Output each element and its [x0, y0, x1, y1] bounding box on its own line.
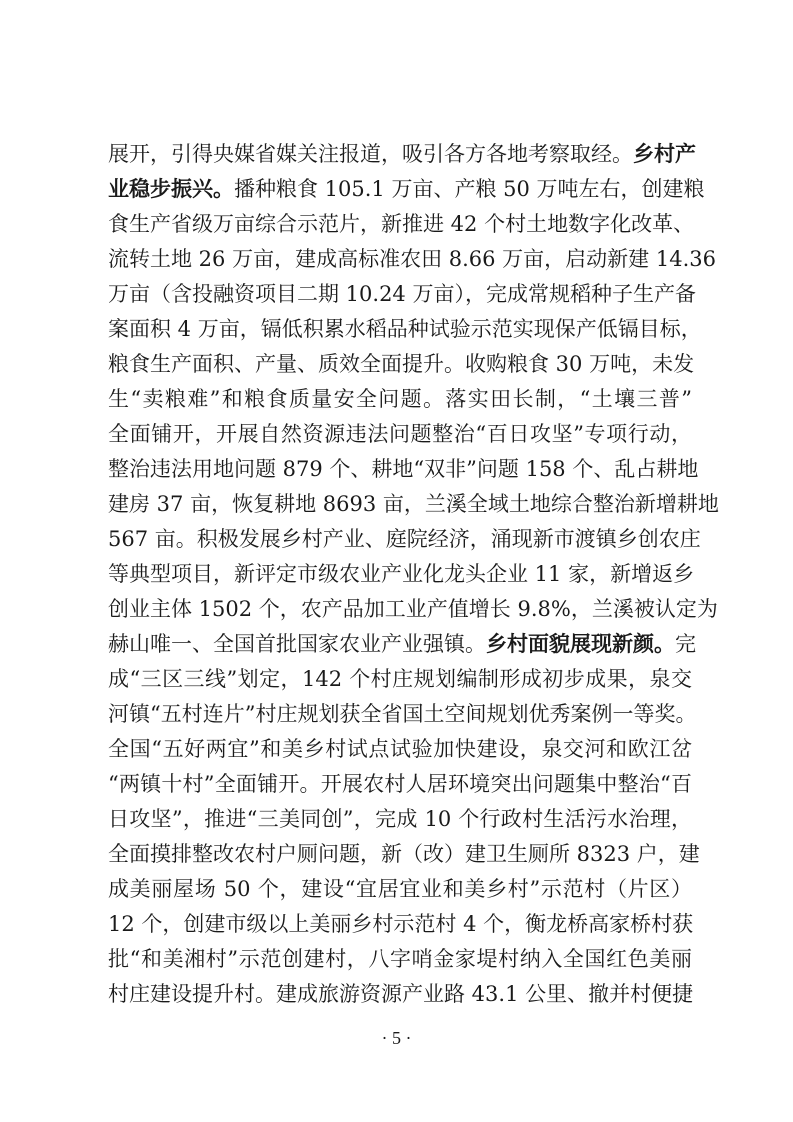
- text-line: 创业主体 1502 个，农产品加工业产值增长 9.8%，兰溪被认定为: [108, 592, 692, 627]
- text-line: 567 亩。积极发展乡村产业、庭院经济，涌现新市渡镇乡创农庄: [108, 522, 692, 557]
- document-page: 展开，引得央媒省媒关注报道，吸引各方各地考察取经。乡村产业稳步振兴。播种粮食 1…: [0, 0, 793, 1122]
- section-heading: 业稳步振兴。: [108, 177, 234, 201]
- text-line: 生“卖粮难”和粮食质量安全问题。落实田长制，“土壤三普”: [108, 382, 692, 417]
- page-number: · 5 ·: [0, 1028, 793, 1049]
- body-text-span: 全面摸排整改农村户厕问题，新（改）建卫生厕所 8323 户，建: [108, 842, 700, 866]
- text-line: 建房 37 亩，恢复耕地 8693 亩，兰溪全域土地综合整治新增耕地: [108, 487, 692, 522]
- body-text-span: 567 亩。积极发展乡村产业、庭院经济，涌现新市渡镇乡创农庄: [108, 527, 701, 551]
- text-line: 成美丽屋场 50 个，建设“宜居宜业和美乡村”示范村（片区）: [108, 872, 692, 907]
- text-line: 流转土地 26 万亩，建成高标准农田 8.66 万亩，启动新建 14.36: [108, 242, 692, 277]
- text-line: 食生产省级万亩综合示范片，新推进 42 个村土地数字化改革、: [108, 207, 692, 242]
- section-heading: 乡村面貌展现新颜。: [486, 632, 675, 656]
- body-text-span: 案面积 4 万亩，镉低积累水稻品种试验示范实现保产低镉目标，: [108, 317, 702, 341]
- body-text-span: 创业主体 1502 个，农产品加工业产值增长 9.8%，兰溪被认定为: [108, 597, 718, 621]
- text-line: 粮食生产面积、产量、质效全面提升。收购粮食 30 万吨，未发: [108, 347, 692, 382]
- body-paragraph: 展开，引得央媒省媒关注报道，吸引各方各地考察取经。乡村产业稳步振兴。播种粮食 1…: [108, 137, 692, 1012]
- body-text-span: 全国“五好两宜”和美乡村试点试验加快建设，泉交河和欧江岔: [108, 737, 692, 761]
- text-line: 成“三区三线”划定，142 个村庄规划编制形成初步成果，泉交: [108, 662, 692, 697]
- text-line: 全面摸排整改农村户厕问题，新（改）建卫生厕所 8323 户，建: [108, 837, 692, 872]
- text-line: 河镇“五村连片”村庄规划获全省国土空间规划优秀案例一等奖。: [108, 697, 692, 732]
- section-heading: 乡村产: [633, 142, 696, 166]
- text-line: 全面铺开，开展自然资源违法问题整治“百日攻坚”专项行动，: [108, 417, 692, 452]
- text-line: 批“和美湘村”示范创建村，八字哨金家堤村纳入全国红色美丽: [108, 942, 692, 977]
- body-text-span: 河镇“五村连片”村庄规划获全省国土空间规划优秀案例一等奖。: [108, 702, 696, 726]
- text-line: 村庄建设提升村。建成旅游资源产业路 43.1 公里、撤并村便捷: [108, 977, 692, 1012]
- body-text-span: 完: [675, 632, 696, 656]
- body-text-span: 食生产省级万亩综合示范片，新推进 42 个村土地数字化改革、: [108, 212, 694, 236]
- body-text-span: 等典型项目，新评定市级农业产业化龙头企业 11 家，新增返乡: [108, 562, 694, 586]
- body-text-span: 全面铺开，开展自然资源违法问题整治“百日攻坚”专项行动，: [108, 422, 692, 446]
- body-text-span: 生“卖粮难”和粮食质量安全问题。落实田长制，“土壤三普”: [108, 387, 692, 411]
- text-line: 展开，引得央媒省媒关注报道，吸引各方各地考察取经。乡村产: [108, 137, 692, 172]
- body-text-span: 展开，引得央媒省媒关注报道，吸引各方各地考察取经。: [108, 142, 633, 166]
- body-text-span: 成“三区三线”划定，142 个村庄规划编制形成初步成果，泉交: [108, 667, 692, 691]
- text-line: 万亩（含投融资项目二期 10.24 万亩），完成常规稻种子生产备: [108, 277, 692, 312]
- body-text-span: 村庄建设提升村。建成旅游资源产业路 43.1 公里、撤并村便捷: [108, 982, 693, 1006]
- body-text-span: 整治违法用地问题 879 个、耕地“双非”问题 158 个、乱占耕地: [108, 457, 698, 481]
- body-text-span: 万亩（含投融资项目二期 10.24 万亩），完成常规稻种子生产备: [108, 282, 696, 306]
- body-text-span: 批“和美湘村”示范创建村，八字哨金家堤村纳入全国红色美丽: [108, 947, 692, 971]
- body-text-span: 建房 37 亩，恢复耕地 8693 亩，兰溪全域土地综合整治新增耕地: [108, 492, 719, 516]
- text-line: 赫山唯一、全国首批国家农业产业强镇。乡村面貌展现新颜。完: [108, 627, 692, 662]
- body-text-span: 粮食生产面积、产量、质效全面提升。收购粮食 30 万吨，未发: [108, 352, 694, 376]
- text-line: 业稳步振兴。播种粮食 105.1 万亩、产粮 50 万吨左右，创建粮: [108, 172, 692, 207]
- body-text-span: 赫山唯一、全国首批国家农业产业强镇。: [108, 632, 486, 656]
- text-line: 日攻坚”，推进“三美同创”，完成 10 个行政村生活污水治理，: [108, 802, 692, 837]
- body-text-span: 流转土地 26 万亩，建成高标准农田 8.66 万亩，启动新建 14.36: [108, 247, 716, 271]
- body-text-span: 12 个，创建市级以上美丽乡村示范村 4 个，衡龙桥高家桥村获: [108, 912, 693, 936]
- text-line: 案面积 4 万亩，镉低积累水稻品种试验示范实现保产低镉目标，: [108, 312, 692, 347]
- text-line: “两镇十村”全面铺开。开展农村人居环境突出问题集中整治“百: [108, 767, 692, 802]
- body-text-span: 成美丽屋场 50 个，建设“宜居宜业和美乡村”示范村（片区）: [108, 877, 692, 901]
- text-line: 全国“五好两宜”和美乡村试点试验加快建设，泉交河和欧江岔: [108, 732, 692, 767]
- body-text-span: 播种粮食 105.1 万亩、产粮 50 万吨左右，创建粮: [234, 177, 705, 201]
- text-line: 12 个，创建市级以上美丽乡村示范村 4 个，衡龙桥高家桥村获: [108, 907, 692, 942]
- text-line: 等典型项目，新评定市级农业产业化龙头企业 11 家，新增返乡: [108, 557, 692, 592]
- body-text-span: 日攻坚”，推进“三美同创”，完成 10 个行政村生活污水治理，: [108, 807, 692, 831]
- body-text-span: “两镇十村”全面铺开。开展农村人居环境突出问题集中整治“百: [108, 772, 692, 796]
- text-line: 整治违法用地问题 879 个、耕地“双非”问题 158 个、乱占耕地: [108, 452, 692, 487]
